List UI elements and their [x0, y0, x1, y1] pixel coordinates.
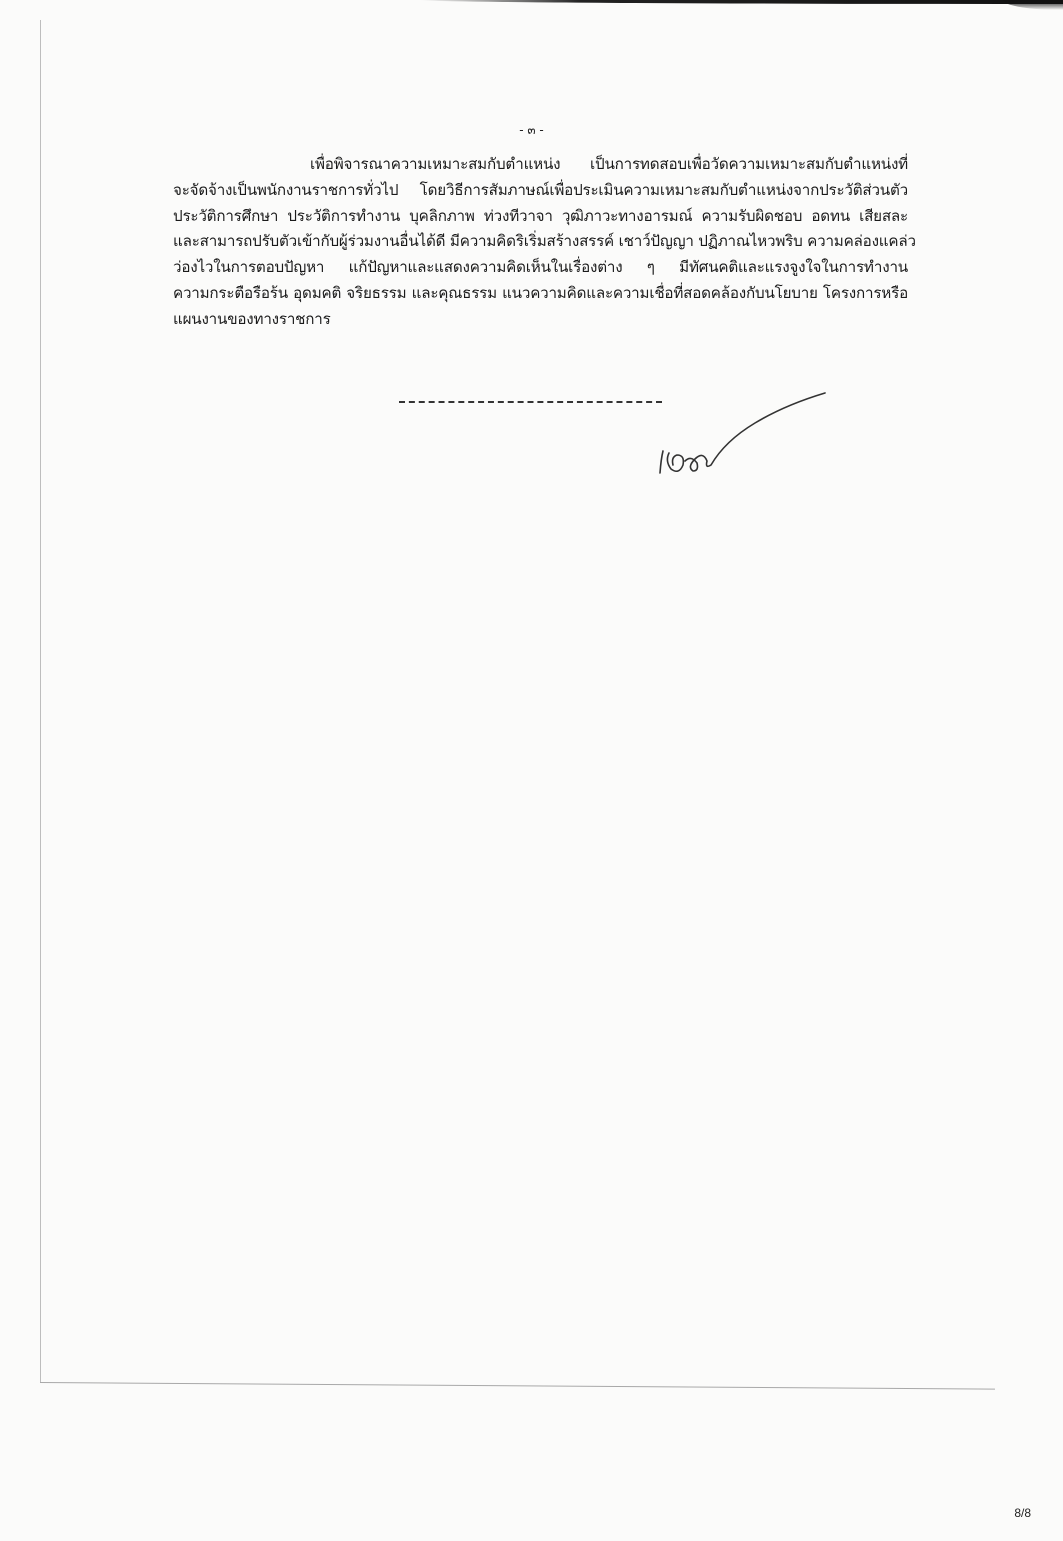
- paragraph-line: ประวัติการศึกษา ประวัติการทำงาน บุคลิกภา…: [173, 204, 908, 230]
- scan-edge-shadow: [420, 0, 1063, 4]
- paragraph-line: และสามารถปรับตัวเข้ากับผู้ร่วมงานอื่นได้…: [173, 229, 908, 255]
- page-marker: - ๓ -: [0, 121, 1063, 140]
- body-paragraph: เพื่อพิจารณาความเหมาะสมกับตำแหน่ง เป็นกา…: [173, 152, 908, 333]
- page-outline-left: [40, 20, 41, 1383]
- paragraph-line: จะจัดจ้างเป็นพนักงานราชการทั่วไป โดยวิธี…: [173, 178, 908, 204]
- paragraph-line: ความกระตือรือร้น อุดมคติ จริยธรรม และคุณ…: [173, 281, 908, 307]
- paragraph-line: แผนงานของทางราชการ: [173, 307, 908, 333]
- paragraph-line: เพื่อพิจารณาความเหมาะสมกับตำแหน่ง เป็นกา…: [173, 152, 908, 178]
- paragraph-line: ว่องไวในการตอบปัญหา แก้ปัญหาและแสดงความค…: [173, 255, 908, 281]
- end-of-text-dashed-line: [399, 401, 662, 403]
- scan-corner-shadow: [1003, 0, 1063, 10]
- handwritten-signature: เอช: [655, 385, 835, 495]
- page-outline-bottom: [40, 1382, 995, 1390]
- page-counter: 8/8: [1014, 1506, 1031, 1520]
